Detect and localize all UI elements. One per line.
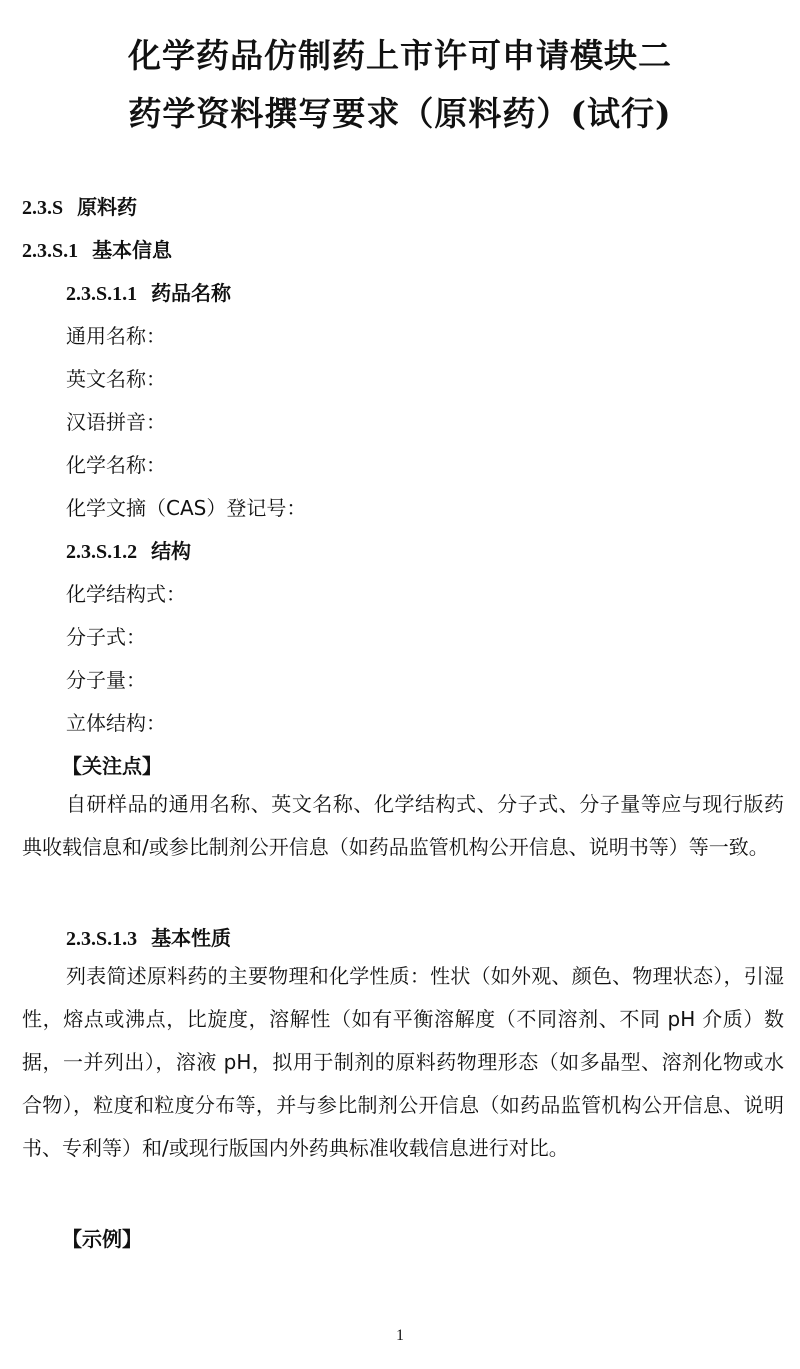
field-chemical-name: 化学名称：: [66, 449, 166, 478]
s113-paragraph: 列表简述原料药的主要物理和化学性质：性状（如外观、颜色、物理状态），引湿性，熔点…: [22, 955, 784, 1170]
s111-title: 药品名称: [151, 281, 231, 305]
field-pinyin: 汉语拼音：: [66, 406, 166, 435]
field-structural-formula: 化学结构式：: [66, 578, 186, 607]
field-cas-number: 化学文摘（CAS）登记号：: [66, 492, 306, 521]
field-molecular-formula: 分子式：: [66, 621, 146, 650]
s113-title: 基本性质: [151, 926, 231, 950]
s112-title: 结构: [151, 539, 191, 563]
s113-number: 2.3.S.1.3: [66, 928, 137, 950]
s112-heading: 2.3.S.1.2 结构: [66, 535, 191, 564]
section-heading: 2.3.S 原料药: [22, 191, 137, 220]
s112-number: 2.3.S.1.2: [66, 541, 137, 563]
field-generic-name: 通用名称：: [66, 320, 166, 349]
s111-number: 2.3.S.1.1: [66, 283, 137, 305]
field-english-name: 英文名称：: [66, 363, 166, 392]
subsection-title: 基本信息: [92, 238, 172, 262]
document-title-line-2: 药学资料撰写要求（原料药）(试行): [0, 88, 800, 135]
s113-heading: 2.3.S.1.3 基本性质: [66, 922, 231, 951]
subsection-heading: 2.3.S.1 基本信息: [22, 234, 172, 263]
field-molecular-weight: 分子量：: [66, 664, 146, 693]
example-label: 【示例】: [62, 1223, 142, 1252]
document-title-line-1: 化学药品仿制药上市许可申请模块二: [0, 30, 800, 77]
s111-heading: 2.3.S.1.1 药品名称: [66, 277, 231, 306]
section-number: 2.3.S: [22, 197, 63, 219]
section-title: 原料药: [77, 195, 137, 219]
subsection-number: 2.3.S.1: [22, 240, 78, 262]
focus-paragraph: 自研样品的通用名称、英文名称、化学结构式、分子式、分子量等应与现行版药典收载信息…: [22, 783, 784, 869]
page-number: 1: [0, 1327, 800, 1345]
field-stereochemistry: 立体结构：: [66, 707, 166, 736]
focus-label: 【关注点】: [62, 750, 162, 779]
